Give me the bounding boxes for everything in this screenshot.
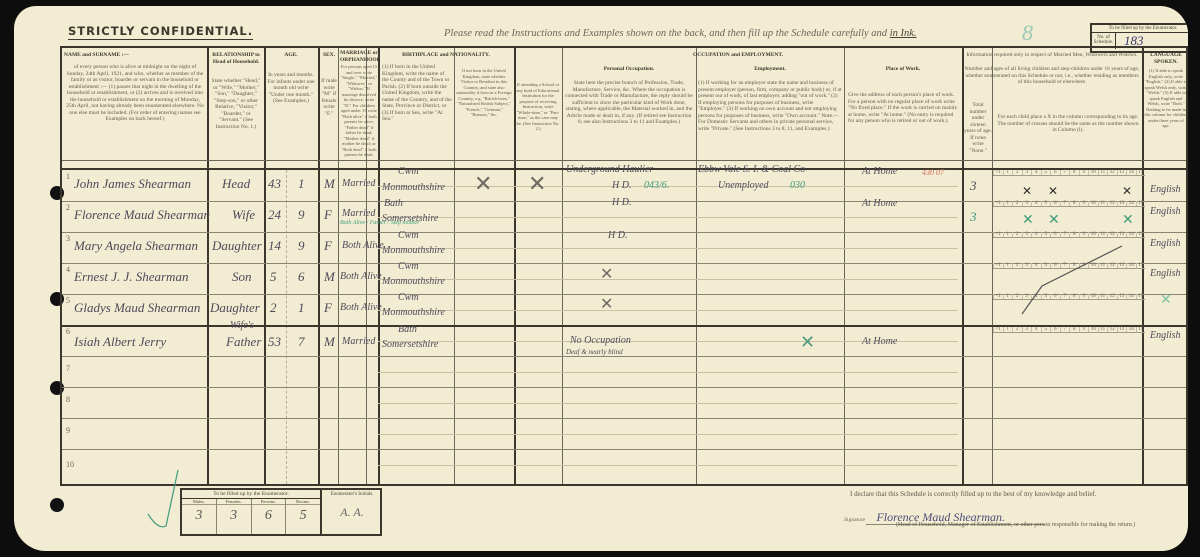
- cross-mark: ✕: [800, 332, 815, 353]
- relationship: Wife: [232, 207, 255, 223]
- person-name: Gladys Maud Shearman: [74, 300, 200, 316]
- person-name: Isiah Albert Jerry: [74, 334, 166, 350]
- relationship: Son: [232, 269, 252, 285]
- cross-mark: ✕: [600, 294, 613, 313]
- age-link-line: [1002, 238, 1152, 318]
- females-count: 3: [217, 505, 251, 524]
- relationship: Father: [226, 334, 261, 350]
- col-d-header: SEX.: [320, 52, 338, 59]
- rooms-count: 5: [286, 505, 320, 524]
- census-table: NAME and SURNAME :— of every person who …: [60, 46, 1188, 486]
- person-name: Mary Angela Shearman: [74, 238, 198, 254]
- enumerator-box: To be filled up by the Enumerator. Males…: [180, 488, 382, 536]
- enumerator-initials: A. A.: [324, 497, 380, 520]
- col-f-header: BIRTHPLACE and NATIONALITY.: [380, 52, 512, 59]
- males-count: 3: [182, 505, 216, 524]
- children-group-header: Information required only in respect of …: [964, 52, 1140, 59]
- relationship: Daughter: [210, 300, 260, 316]
- census-schedule-page: STRICTLY CONFIDENTIAL. Please read the I…: [14, 6, 1188, 551]
- person-name: John James Shearman: [74, 176, 191, 192]
- check-mark: [144, 466, 184, 536]
- page-title: STRICTLY CONFIDENTIAL.: [68, 24, 253, 40]
- col-a-header: NAME and SURNAME :—: [64, 52, 204, 59]
- declaration-text: I declare that this Schedule is correctl…: [850, 490, 1097, 498]
- cross-mark: ✕: [474, 172, 492, 197]
- cross-mark: ✕: [528, 172, 546, 197]
- col-c-header: AGE.: [266, 52, 316, 59]
- occupation-group-header: OCCUPATION and EMPLOYMENT.: [516, 52, 960, 59]
- col-n-header: LANGUAGE SPOKEN.: [1144, 52, 1188, 65]
- punch-hole: [50, 498, 64, 512]
- person-name: Ernest J. J. Shearman: [74, 269, 188, 285]
- person-name: Florence Maud Shearman: [74, 207, 210, 223]
- col-e-header: MARRIAGE or ORPHANHOOD: [340, 50, 378, 63]
- col-b-header: RELATIONSHIP to Head of Household.: [210, 52, 262, 65]
- children-age-grid: <1123456789101112131415: [993, 327, 1145, 361]
- relationship: Daughter: [212, 238, 262, 254]
- persons-count: 6: [252, 505, 286, 524]
- relationship: Head: [222, 176, 250, 192]
- instructions-line: Please read the Instructions and Example…: [444, 28, 917, 39]
- cross-mark: ✕: [600, 264, 613, 283]
- margin-number: 8: [1022, 20, 1033, 46]
- language-cross-mark: ✕: [1160, 292, 1172, 308]
